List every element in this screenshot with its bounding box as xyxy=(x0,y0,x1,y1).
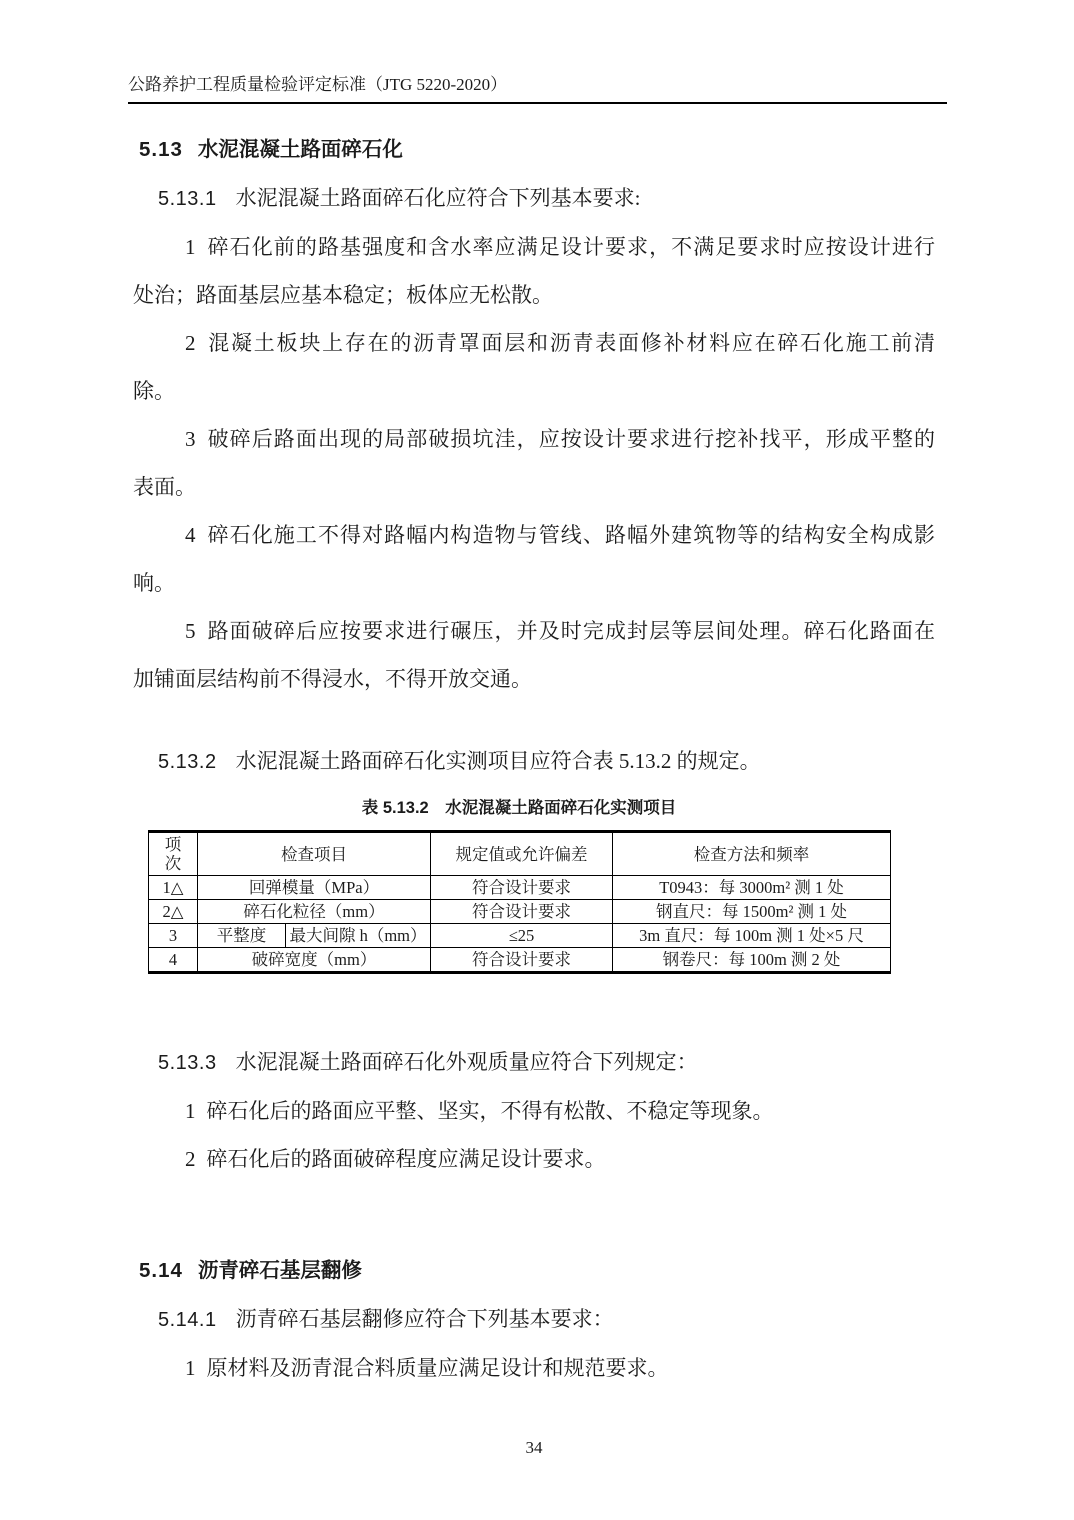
col-header-item: 检查项目 xyxy=(198,832,431,876)
paragraph-line: 处治；路面基层应基本稳定；板体应无松散。 xyxy=(133,271,935,319)
cell-spec: 符合设计要求 xyxy=(431,876,613,900)
clause-text: 沥青碎石基层翻修应符合下列基本要求： xyxy=(236,1307,614,1331)
clause-number: 5.14.1 xyxy=(158,1309,217,1331)
paragraph-line: 3破碎后路面出现的局部破损坑洼，应按设计要求进行挖补找平，形成平整的 xyxy=(133,415,935,463)
paragraph-line: 5路面破碎后应按要求进行碾压，并及时完成封层等层间处理。碎石化路面在 xyxy=(133,607,935,655)
cell-item-a: 平整度 xyxy=(198,924,286,948)
document-page: 公路养护工程质量检验评定标准（JTG 5220-2020） 5.13水泥混凝土路… xyxy=(0,0,1074,1520)
item-number: 2 xyxy=(185,1147,196,1171)
cell-item: 回弹模量（MPa） xyxy=(198,876,431,900)
paragraph-line: 1碎石化前的路基强度和含水率应满足设计要求，不满足要求时应按设计进行 xyxy=(133,223,935,271)
cell-no: 4 xyxy=(149,948,198,973)
col-header-spec: 规定值或允许偏差 xyxy=(431,832,613,876)
paragraph-line: 除。 xyxy=(133,367,935,415)
section-title: 水泥混凝土路面碎石化 xyxy=(198,138,403,161)
clause-number: 5.13.2 xyxy=(158,751,217,773)
cell-no: 2△ xyxy=(149,900,198,924)
cell-spec: 符合设计要求 xyxy=(431,948,613,973)
section-number: 5.14 xyxy=(139,1259,183,1282)
item-number: 1 xyxy=(185,235,196,259)
cell-spec: ≤25 xyxy=(431,924,613,948)
clause-5132: 5.13.2水泥混凝土路面碎石化实测项目应符合表 5.13.2 的规定。 xyxy=(133,737,935,786)
paragraph-line: 表面。 xyxy=(133,463,935,511)
item-number: 1 xyxy=(185,1356,196,1380)
table-caption: 表 5.13.2 水泥混凝土路面碎石化实测项目 xyxy=(133,796,905,820)
page-number: 34 xyxy=(133,1436,935,1460)
table-row: 2△ 碎石化粒径（mm） 符合设计要求 钢直尺：每 1500m² 测 1 处 xyxy=(149,900,891,924)
paragraph-line: 响。 xyxy=(133,559,935,607)
cell-method: 钢卷尺：每 100m 测 2 处 xyxy=(613,948,891,973)
clause-5131: 5.13.1水泥混凝土路面碎石化应符合下列基本要求: xyxy=(133,174,935,223)
cell-no: 3 xyxy=(149,924,198,948)
paragraph-5131-item5: 5路面破碎后应按要求进行碾压，并及时完成封层等层间处理。碎石化路面在 加铺面层结… xyxy=(133,607,935,703)
paragraph-5141-item1: 1原材料及沥青混合料质量应满足设计和规范要求。 xyxy=(133,1344,935,1392)
cell-item: 碎石化粒径（mm） xyxy=(198,900,431,924)
clause-5141: 5.14.1沥青碎石基层翻修应符合下列基本要求： xyxy=(133,1295,935,1344)
cell-item-b: 最大间隙 h（mm） xyxy=(286,924,431,948)
section-heading-513: 5.13水泥混凝土路面碎石化 xyxy=(139,136,935,164)
section-number: 5.13 xyxy=(139,138,183,161)
table-header-row: 项 次 检查项目 规定值或允许偏差 检查方法和频率 xyxy=(149,832,891,876)
clause-number: 5.13.1 xyxy=(158,188,217,210)
section-heading-514: 5.14沥青碎石基层翻修 xyxy=(139,1257,935,1285)
clause-text: 水泥混凝土路面碎石化应符合下列基本要求: xyxy=(236,186,641,210)
col-header-no: 项 次 xyxy=(149,832,198,876)
cell-item: 破碎宽度（mm） xyxy=(198,948,431,973)
paragraph-5133-item2: 2碎石化后的路面破碎程度应满足设计要求。 xyxy=(133,1135,935,1183)
clause-5133: 5.13.3水泥混凝土路面碎石化外观质量应符合下列规定： xyxy=(133,1038,935,1087)
item-number: 5 xyxy=(185,619,196,643)
item-number: 3 xyxy=(185,427,196,451)
item-number: 2 xyxy=(185,331,196,355)
col-header-method: 检查方法和频率 xyxy=(613,832,891,876)
paragraph-5133-item1: 1碎石化后的路面应平整、坚实，不得有松散、不稳定等现象。 xyxy=(133,1087,935,1135)
cell-spec: 符合设计要求 xyxy=(431,900,613,924)
item-number: 4 xyxy=(185,523,196,547)
clause-text: 水泥混凝土路面碎石化实测项目应符合表 5.13.2 的规定。 xyxy=(236,749,761,773)
item-number: 1 xyxy=(185,1099,196,1123)
cell-method: T0943：每 3000m² 测 1 处 xyxy=(613,876,891,900)
table-row: 1△ 回弹模量（MPa） 符合设计要求 T0943：每 3000m² 测 1 处 xyxy=(149,876,891,900)
paragraph-5131-item4: 4碎石化施工不得对路幅内构造物与管线、路幅外建筑物等的结构安全构成影 响。 xyxy=(133,511,935,607)
cell-method: 钢直尺：每 1500m² 测 1 处 xyxy=(613,900,891,924)
paragraph-5131-item1: 1碎石化前的路基强度和含水率应满足设计要求，不满足要求时应按设计进行 处治；路面… xyxy=(133,223,935,319)
paragraph-line: 2混凝土板块上存在的沥青罩面层和沥青表面修补材料应在碎石化施工前清 xyxy=(133,319,935,367)
section-title: 沥青碎石基层翻修 xyxy=(198,1259,362,1282)
cell-method: 3m 直尺：每 100m 测 1 处×5 尺 xyxy=(613,924,891,948)
paragraph-line: 4碎石化施工不得对路幅内构造物与管线、路幅外建筑物等的结构安全构成影 xyxy=(133,511,935,559)
cell-no: 1△ xyxy=(149,876,198,900)
paragraph-line: 加铺面层结构前不得浸水，不得开放交通。 xyxy=(133,655,935,703)
measured-items-table: 项 次 检查项目 规定值或允许偏差 检查方法和频率 1△ 回弹模量（MPa） 符… xyxy=(148,830,891,974)
paragraph-5131-item2: 2混凝土板块上存在的沥青罩面层和沥青表面修补材料应在碎石化施工前清 除。 xyxy=(133,319,935,415)
running-header: 公路养护工程质量检验评定标准（JTG 5220-2020） xyxy=(128,0,947,104)
table-row: 4 破碎宽度（mm） 符合设计要求 钢卷尺：每 100m 测 2 处 xyxy=(149,948,891,973)
clause-text: 水泥混凝土路面碎石化外观质量应符合下列规定： xyxy=(236,1050,698,1074)
paragraph-5131-item3: 3破碎后路面出现的局部破损坑洼，应按设计要求进行挖补找平，形成平整的 表面。 xyxy=(133,415,935,511)
table-row: 3 平整度 最大间隙 h（mm） ≤25 3m 直尺：每 100m 测 1 处×… xyxy=(149,924,891,948)
clause-number: 5.13.3 xyxy=(158,1052,217,1074)
